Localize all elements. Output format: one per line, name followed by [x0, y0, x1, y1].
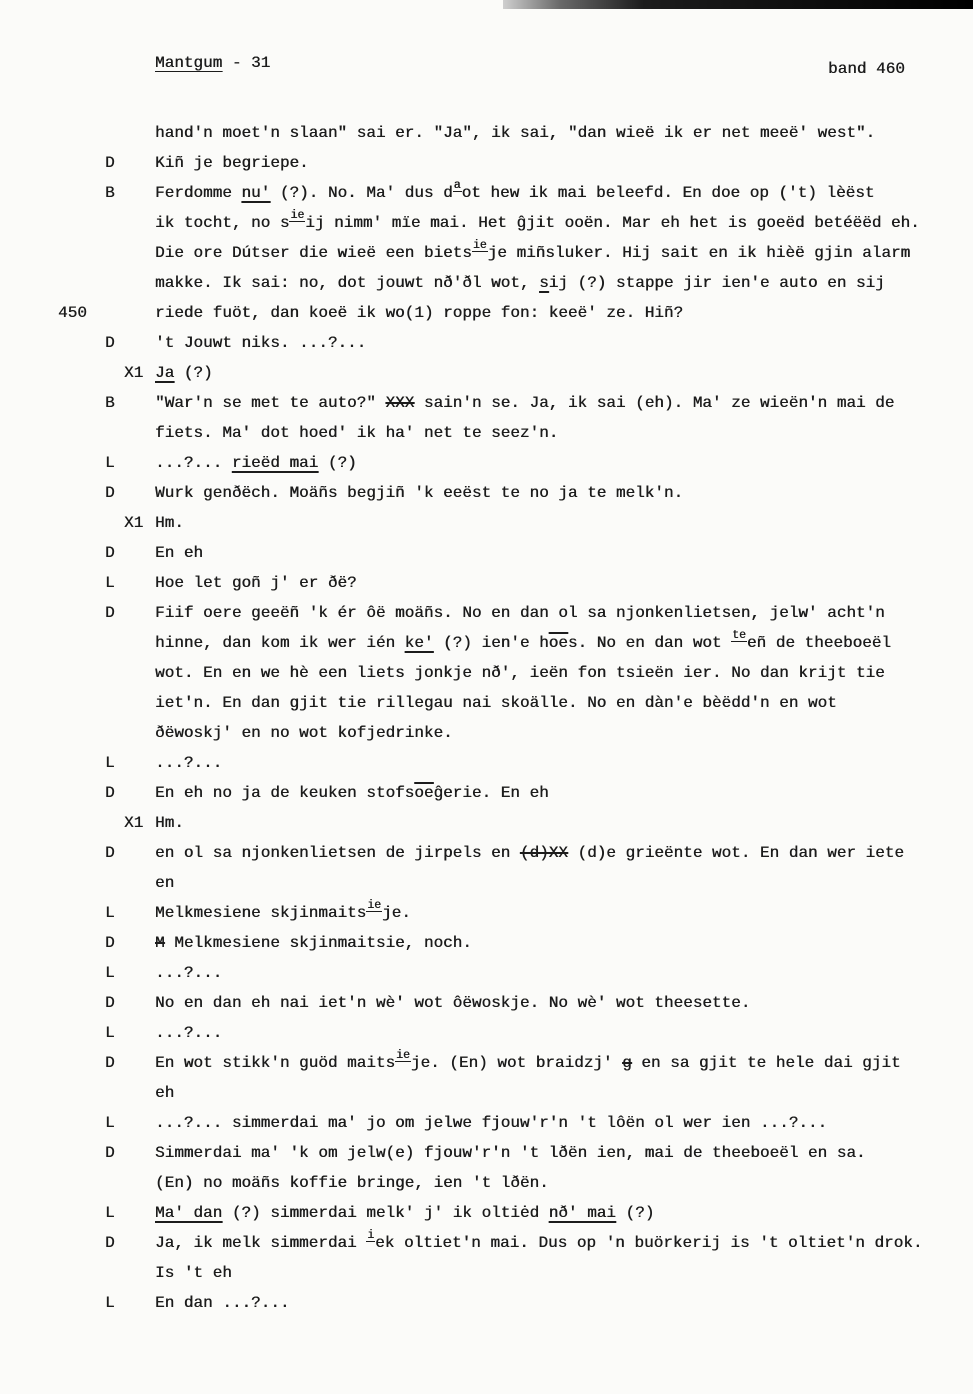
transcript-line: DKiñ je begriepe.: [0, 148, 973, 178]
speaker-label: D: [105, 598, 115, 628]
utterance-segment: makke. Ik sai: no, dot jouwt nð'ðl wot,: [155, 274, 539, 292]
utterance-segment: ij nimm' mïe mai. Het ĝjit ooën. Mar eh …: [305, 214, 920, 232]
transcript-line: X1Ja (?): [0, 358, 973, 388]
utterance-segment: Hoe let goñ j' er ðë?: [155, 574, 357, 592]
speaker-label: D: [105, 148, 115, 178]
utterance-text: ik tocht, no sieij nimm' mïe mai. Het ĝj…: [155, 208, 920, 238]
utterance-text: en ol sa njonkenlietsen de jirpels en (d…: [155, 838, 904, 868]
utterance-text: En dan ...?...: [155, 1288, 289, 1318]
utterance-text: Ja (?): [155, 358, 213, 388]
utterance-segment-s: XXX: [385, 394, 414, 412]
utterance-segment-ov: oe: [549, 634, 568, 652]
speaker-label: L: [105, 1198, 115, 1228]
transcript-line: X1Hm.: [0, 808, 973, 838]
utterance-segment: ...?...: [155, 1024, 222, 1042]
transcript-line: LMelkmesiene skjinmaitsieje.: [0, 898, 973, 928]
utterance-segment: (?) simmerdai melk' j' ik oltiėd: [222, 1204, 548, 1222]
transcript-line: Den ol sa njonkenlietsen de jirpels en (…: [0, 838, 973, 868]
speaker-label: D: [105, 538, 115, 568]
transcript-line: DFiif oere geeëñ 'k ér ôë moäñs. No en d…: [0, 598, 973, 628]
utterance-segment: (d)e grieënte wot. En dan wer iete: [568, 844, 904, 862]
utterance-segment: ðëwoskj' en no wot kofjedrinke.: [155, 724, 453, 742]
utterance-segment: ik tocht, no s: [155, 214, 289, 232]
utterance-segment: s. No en dan wot: [568, 634, 731, 652]
page-header: Mantgum - 31 band 460: [0, 48, 973, 124]
transcript-line: D't Jouwt niks. ...?...: [0, 328, 973, 358]
speaker-label: X1: [124, 358, 143, 388]
utterance-segment: riede fuöt, dan koeë ik wo(1) roppe fon:…: [155, 304, 683, 322]
title-page-number: - 31: [222, 54, 270, 72]
utterance-text: ...?...: [155, 1018, 222, 1048]
utterance-segment: Is 't eh: [155, 1264, 232, 1282]
utterance-segment: Ferdomme: [155, 184, 241, 202]
speaker-label: L: [105, 1108, 115, 1138]
utterance-segment: Ja, ik melk simmerdai: [155, 1234, 366, 1252]
transcript-line: LMa' dan (?) simmerdai melk' j' ik oltiė…: [0, 1198, 973, 1228]
utterance-text: hand'n moet'n slaan" sai er. "Ja", ik sa…: [155, 118, 875, 148]
utterance-text: Kiñ je begriepe.: [155, 148, 309, 178]
utterance-text: wot. En en we hè een liets jonkje nð', i…: [155, 658, 885, 688]
utterance-segment: En eh: [155, 544, 203, 562]
transcript-line: DM Melkmesiene skjinmaitsie, noch.: [0, 928, 973, 958]
utterance-segment-u: rieëd mai: [232, 454, 318, 472]
utterance-text: En wot stikk'n guöd maitsieje. (En) wot …: [155, 1048, 901, 1078]
utterance-text: Ja, ik melk simmerdai iek oltiet'n mai. …: [155, 1228, 922, 1258]
utterance-text: iet'n. En dan gjit tie rillegau nai skoä…: [155, 688, 837, 718]
utterance-segment: je.: [382, 904, 411, 922]
speaker-label: D: [105, 1048, 115, 1078]
utterance-text: ðëwoskj' en no wot kofjedrinke.: [155, 718, 453, 748]
speaker-label: D: [105, 478, 115, 508]
utterance-segment: wot. En en we hè een liets jonkje nð', i…: [155, 664, 885, 682]
utterance-text: ...?... simmerdai ma' jo om jelwe fjouw'…: [155, 1108, 827, 1138]
utterance-segment: (En) no moäñs koffie bringe, ien 't lðën…: [155, 1174, 549, 1192]
transcript-body: hand'n moet'n slaan" sai er. "Ja", ik sa…: [0, 118, 973, 1318]
utterance-segment: Fiif oere geeëñ 'k ér ôë moäñs. No en da…: [155, 604, 885, 622]
title-place-name: Mantgum: [155, 54, 222, 72]
utterance-segment: Melkmesiene skjinmaits: [155, 904, 366, 922]
utterance-text: Fiif oere geeëñ 'k ér ôë moäñs. No en da…: [155, 598, 885, 628]
utterance-text: En eh no ja de keuken stofsoeĝerie. En e…: [155, 778, 549, 808]
utterance-segment-sup: ie: [366, 900, 382, 912]
utterance-segment: eh: [155, 1084, 174, 1102]
transcript-line: DEn eh no ja de keuken stofsoeĝerie. En …: [0, 778, 973, 808]
transcript-line: L...?... simmerdai ma' jo om jelwe fjouw…: [0, 1108, 973, 1138]
speaker-label: B: [105, 388, 115, 418]
utterance-text: Ma' dan (?) simmerdai melk' j' ik oltiėd…: [155, 1198, 654, 1228]
utterance-text: fiets. Ma' dot hoed' ik ha' net te seez'…: [155, 418, 558, 448]
utterance-text: ...?...: [155, 748, 222, 778]
speaker-label: L: [105, 1288, 115, 1318]
margin-line-number: 450: [58, 298, 87, 328]
utterance-segment: je. (En) wot braidzj': [411, 1054, 622, 1072]
utterance-segment: en: [155, 874, 174, 892]
utterance-segment-u: Ja: [155, 364, 174, 382]
utterance-segment: En dan ...?...: [155, 1294, 289, 1312]
transcript-line: Die ore Dútser die wieë een bietsieje mi…: [0, 238, 973, 268]
utterance-segment: Kiñ je begriepe.: [155, 154, 309, 172]
band-number: band 460: [828, 54, 905, 84]
transcript-line: wot. En en we hè een liets jonkje nð', i…: [0, 658, 973, 688]
utterance-segment: ek oltiet'n mai. Dus op 'n buörkerij is …: [375, 1234, 922, 1252]
utterance-segment: ...?...: [155, 964, 222, 982]
transcript-line: DEn wot stikk'n guöd maitsieje. (En) wot…: [0, 1048, 973, 1078]
transcript-line: makke. Ik sai: no, dot jouwt nð'ðl wot, …: [0, 268, 973, 298]
utterance-segment: (?): [616, 1204, 654, 1222]
utterance-text: eh: [155, 1078, 174, 1108]
speaker-label: L: [105, 568, 115, 598]
utterance-text: ...?...: [155, 958, 222, 988]
utterance-segment-ov: oe: [414, 784, 433, 802]
utterance-text: Hoe let goñ j' er ðë?: [155, 568, 357, 598]
speaker-label: B: [105, 178, 115, 208]
transcript-line: DWurk genðëch. Moäñs begjiñ 'k eeëst te …: [0, 478, 973, 508]
transcript-line: iet'n. En dan gjit tie rillegau nai skoä…: [0, 688, 973, 718]
utterance-segment: Wurk genðëch. Moäñs begjiñ 'k eeëst te n…: [155, 484, 683, 502]
utterance-segment: (?): [318, 454, 356, 472]
utterance-segment-sup: te: [731, 630, 747, 642]
utterance-segment: ot hew ik mai beleefd. En doe op ('t) lè…: [462, 184, 875, 202]
transcript-line: X1Hm.: [0, 508, 973, 538]
speaker-label: D: [105, 1228, 115, 1258]
utterance-text: ...?... rieëd mai (?): [155, 448, 357, 478]
document-page: Mantgum - 31 band 460 hand'n moet'n slaa…: [0, 0, 973, 1318]
utterance-segment-s: (d)XX: [520, 844, 568, 862]
utterance-segment: En eh no ja de keuken stofs: [155, 784, 414, 802]
speaker-label: L: [105, 898, 115, 928]
transcript-line: Is 't eh: [0, 1258, 973, 1288]
transcript-line: 450riede fuöt, dan koeë ik wo(1) roppe f…: [0, 298, 973, 328]
utterance-segment-u: nð' mai: [549, 1204, 616, 1222]
utterance-segment: (?). No. Ma' dus d: [270, 184, 452, 202]
speaker-label: X1: [124, 508, 143, 538]
utterance-segment: ...?...: [155, 454, 232, 472]
utterance-segment-u: nu': [241, 184, 270, 202]
transcript-line: DSimmerdai ma' 'k om jelw(e) fjouw'r'n '…: [0, 1138, 973, 1168]
transcript-line: ðëwoskj' en no wot kofjedrinke.: [0, 718, 973, 748]
transcript-line: eh: [0, 1078, 973, 1108]
transcript-line: B"War'n se met te auto?" XXX sain'n se. …: [0, 388, 973, 418]
transcript-line: L...?... rieëd mai (?): [0, 448, 973, 478]
utterance-text: Simmerdai ma' 'k om jelw(e) fjouw'r'n 't…: [155, 1138, 866, 1168]
transcript-line: DNo en dan eh nai iet'n wè' wot ôëwoskje…: [0, 988, 973, 1018]
utterance-segment: ...?...: [155, 754, 222, 772]
speaker-label: D: [105, 838, 115, 868]
utterance-segment: hand'n moet'n slaan" sai er. "Ja", ik sa…: [155, 124, 875, 142]
utterance-text: hinne, dan kom ik wer ién ke' (?) ien'e …: [155, 628, 891, 658]
utterance-segment: En wot stikk'n guöd maits: [155, 1054, 395, 1072]
transcript-line: DEn eh: [0, 538, 973, 568]
transcript-line: BFerdomme nu' (?). No. Ma' dus daot hew …: [0, 178, 973, 208]
transcript-line: L...?...: [0, 958, 973, 988]
transcript-line: hinne, dan kom ik wer ién ke' (?) ien'e …: [0, 628, 973, 658]
utterance-segment-u: s: [539, 274, 549, 292]
speaker-label: D: [105, 1138, 115, 1168]
utterance-text: en: [155, 868, 174, 898]
utterance-segment: ĝerie. En eh: [433, 784, 548, 802]
transcript-line: ik tocht, no sieij nimm' mïe mai. Het ĝj…: [0, 208, 973, 238]
speaker-label: D: [105, 928, 115, 958]
utterance-segment: Simmerdai ma' 'k om jelw(e) fjouw'r'n 't…: [155, 1144, 866, 1162]
utterance-segment: ...?... simmerdai ma' jo om jelwe fjouw'…: [155, 1114, 827, 1132]
utterance-text: Hm.: [155, 508, 184, 538]
utterance-segment: je miñsluker. Hij sait en ik hièë gjin a…: [488, 244, 910, 262]
utterance-text: "War'n se met te auto?" XXX sain'n se. J…: [155, 388, 894, 418]
speaker-label: L: [105, 448, 115, 478]
utterance-segment-sup: ie: [472, 240, 488, 252]
utterance-segment-sup: a: [453, 180, 462, 192]
speaker-label: L: [105, 748, 115, 778]
utterance-text: 't Jouwt niks. ...?...: [155, 328, 366, 358]
utterance-segment: eñ de theeboeël: [747, 634, 891, 652]
utterance-segment-s: g: [622, 1054, 632, 1072]
utterance-segment-sup: i: [366, 1230, 375, 1242]
utterance-text: Melkmesiene skjinmaitsieje.: [155, 898, 411, 928]
speaker-label: D: [105, 778, 115, 808]
utterance-text: En eh: [155, 538, 203, 568]
utterance-segment: sain'n se. Ja, ik sai (eh). Ma' ze wieën…: [414, 394, 894, 412]
utterance-segment-s: M: [155, 934, 165, 952]
transcript-line: L...?...: [0, 1018, 973, 1048]
utterance-segment: (?) ien'e h: [433, 634, 548, 652]
utterance-segment-u: ke': [405, 634, 434, 652]
utterance-segment-sup: ie: [289, 210, 305, 222]
transcript-line: (En) no moäñs koffie bringe, ien 't lðën…: [0, 1168, 973, 1198]
transcript-line: en: [0, 868, 973, 898]
utterance-segment: 't Jouwt niks. ...?...: [155, 334, 366, 352]
utterance-text: riede fuöt, dan koeë ik wo(1) roppe fon:…: [155, 298, 683, 328]
speaker-label: L: [105, 958, 115, 988]
utterance-segment-u: Ma' dan: [155, 1204, 222, 1222]
utterance-text: Die ore Dútser die wieë een bietsieje mi…: [155, 238, 910, 268]
transcript-line: LEn dan ...?...: [0, 1288, 973, 1318]
utterance-text: Ferdomme nu' (?). No. Ma' dus daot hew i…: [155, 178, 874, 208]
utterance-text: M Melkmesiene skjinmaitsie, noch.: [155, 928, 472, 958]
utterance-segment: (?): [174, 364, 212, 382]
utterance-segment: iet'n. En dan gjit tie rillegau nai skoä…: [155, 694, 837, 712]
transcript-line: DJa, ik melk simmerdai iek oltiet'n mai.…: [0, 1228, 973, 1258]
speaker-label: D: [105, 988, 115, 1018]
utterance-text: Wurk genðëch. Moäñs begjiñ 'k eeëst te n…: [155, 478, 683, 508]
utterance-text: No en dan eh nai iet'n wè' wot ôëwoskje.…: [155, 988, 750, 1018]
utterance-text: makke. Ik sai: no, dot jouwt nð'ðl wot, …: [155, 268, 885, 298]
utterance-segment: Hm.: [155, 514, 184, 532]
utterance-segment: Melkmesiene skjinmaitsie, noch.: [165, 934, 472, 952]
utterance-text: Hm.: [155, 808, 184, 838]
utterance-text: (En) no moäñs koffie bringe, ien 't lðën…: [155, 1168, 549, 1198]
transcript-line: fiets. Ma' dot hoed' ik ha' net te seez'…: [0, 418, 973, 448]
utterance-segment: ij (?) stappe jir ien'e auto en sij: [549, 274, 885, 292]
utterance-segment: en sa gjit te hele dai gjit: [632, 1054, 901, 1072]
utterance-segment: Hm.: [155, 814, 184, 832]
transcript-line: L...?...: [0, 748, 973, 778]
utterance-segment: en ol sa njonkenlietsen de jirpels en: [155, 844, 520, 862]
utterance-segment-sup: ie: [395, 1050, 411, 1062]
utterance-segment: fiets. Ma' dot hoed' ik ha' net te seez'…: [155, 424, 558, 442]
transcript-line: LHoe let goñ j' er ðë?: [0, 568, 973, 598]
utterance-segment: Die ore Dútser die wieë een biets: [155, 244, 472, 262]
utterance-segment: "War'n se met te auto?": [155, 394, 385, 412]
utterance-segment: No en dan eh nai iet'n wè' wot ôëwoskje.…: [155, 994, 750, 1012]
transcript-line: hand'n moet'n slaan" sai er. "Ja", ik sa…: [0, 118, 973, 148]
document-title: Mantgum - 31: [155, 48, 270, 78]
speaker-label: X1: [124, 808, 143, 838]
utterance-text: Is 't eh: [155, 1258, 232, 1288]
speaker-label: L: [105, 1018, 115, 1048]
utterance-segment: hinne, dan kom ik wer ién: [155, 634, 405, 652]
speaker-label: D: [105, 328, 115, 358]
